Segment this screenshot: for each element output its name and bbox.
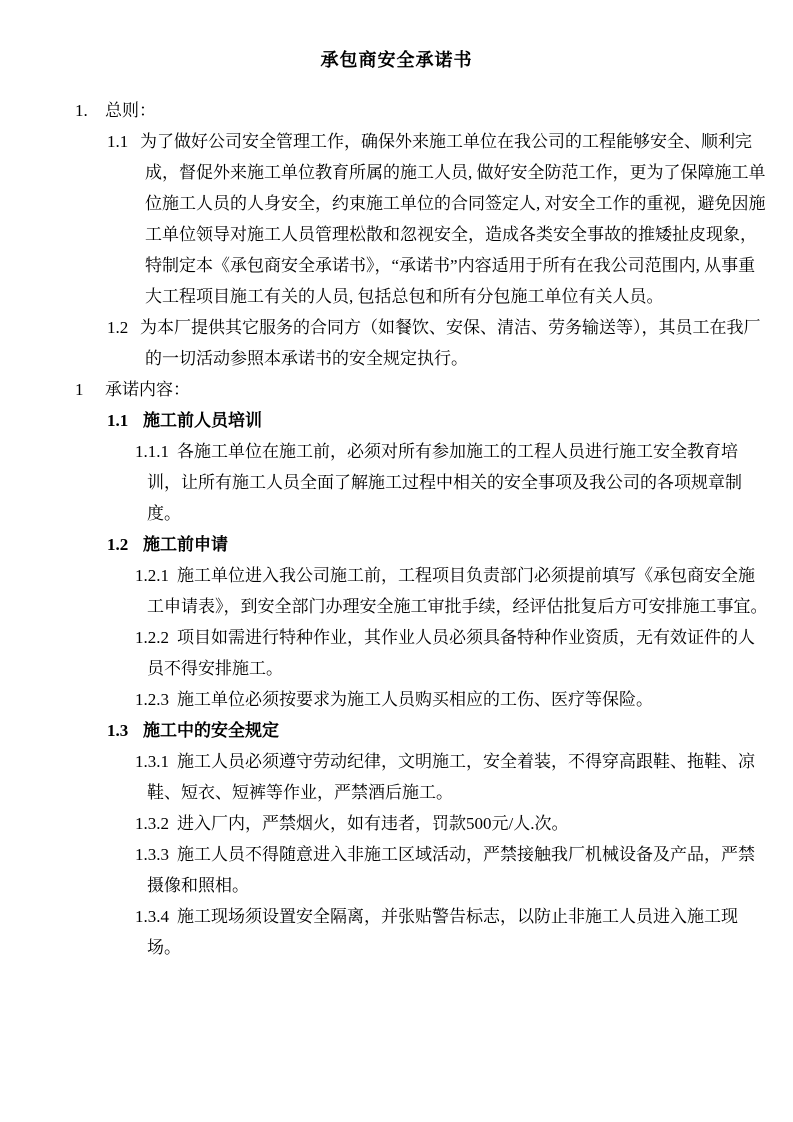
clause-1.1: 1.1施工前人员培训 <box>75 405 770 436</box>
clause-number: 1.3 <box>107 715 143 746</box>
document-title: 承包商安全承诺书 <box>0 48 793 73</box>
clause-1.3.2: 1.3.2进入厂内，严禁烟火，如有违者，罚款500元/人.次。 <box>75 808 770 839</box>
clause-1.1.1: 1.1.1各施工单位在施工前，必须对所有参加施工的工程人员进行施工安全教育培训，… <box>75 436 770 529</box>
clause-text: 承诺内容： <box>105 380 190 399</box>
clause-1.3.3: 1.3.3施工人员不得随意进入非施工区域活动，严禁接触我厂机械设备及产品，严禁摄… <box>75 839 770 901</box>
clause-number: 1.3.2 <box>135 808 177 839</box>
clause-text: 施工人员必须遵守劳动纪律，文明施工，安全着装，不得穿高跟鞋、拖鞋、凉鞋、短衣、短… <box>147 752 755 802</box>
clause-text: 总则： <box>105 101 156 120</box>
clause-1.2.2: 1.2.2项目如需进行特种作业，其作业人员必须具备特种作业资质，无有效证件的人员… <box>75 622 770 684</box>
clause-text: 施工单位进入我公司施工前，工程项目负责部门必须提前填写《承包商安全施工申请表》，… <box>147 566 768 616</box>
clause-1.2: 1.2为本厂提供其它服务的合同方（如餐饮、安保、清洁、劳务输送等），其员工在我厂… <box>75 312 770 374</box>
clause-text: 施工人员不得随意进入非施工区域活动，严禁接触我厂机械设备及产品，严禁摄像和照相。 <box>147 845 755 895</box>
clause-number: 1.3.3 <box>135 839 177 870</box>
clause-1.3: 1.3施工中的安全规定 <box>75 715 770 746</box>
clause-number: 1.2.2 <box>135 622 177 653</box>
clause-text: 各施工单位在施工前，必须对所有参加施工的工程人员进行施工安全教育培训，让所有施工… <box>147 442 742 523</box>
clause-1.1: 1.1为了做好公司安全管理工作，确保外来施工单位在我公司的工程能够安全、顺利完成… <box>75 126 770 312</box>
clause-1.2.3: 1.2.3施工单位必须按要求为施工人员购买相应的工伤、医疗等保险。 <box>75 684 770 715</box>
clause-number: 1.2.3 <box>135 684 177 715</box>
clause-1.3.1: 1.3.1施工人员必须遵守劳动纪律，文明施工，安全着装，不得穿高跟鞋、拖鞋、凉鞋… <box>75 746 770 808</box>
clause-number: 1.1.1 <box>135 436 177 467</box>
clause-number: 1.3.1 <box>135 746 177 777</box>
clause-number: 1.1 <box>107 405 143 436</box>
clause-text: 项目如需进行特种作业，其作业人员必须具备特种作业资质，无有效证件的人员不得安排施… <box>147 628 755 678</box>
document-body: 1.总则：1.1为了做好公司安全管理工作，确保外来施工单位在我公司的工程能够安全… <box>75 95 770 963</box>
clause-1: 1.总则： <box>75 95 770 126</box>
clause-number: 1.2 <box>107 312 140 343</box>
clause-text: 施工单位必须按要求为施工人员购买相应的工伤、医疗等保险。 <box>177 690 653 709</box>
clause-1.3.4: 1.3.4施工现场须设置安全隔离，并张贴警告标志，以防止非施工人员进入施工现场。 <box>75 901 770 963</box>
clause-text: 施工前申请 <box>143 535 228 554</box>
clause-text: 进入厂内，严禁烟火，如有违者，罚款500元/人.次。 <box>177 814 568 833</box>
clause-1.2.1: 1.2.1施工单位进入我公司施工前，工程项目负责部门必须提前填写《承包商安全施工… <box>75 560 770 622</box>
clause-text: 施工前人员培训 <box>143 411 262 430</box>
clause-number: 1 <box>75 374 105 405</box>
clause-number: 1.3.4 <box>135 901 177 932</box>
clause-number: 1.2.1 <box>135 560 177 591</box>
clause-1: 1承诺内容： <box>75 374 770 405</box>
clause-text: 施工现场须设置安全隔离，并张贴警告标志，以防止非施工人员进入施工现场。 <box>147 907 738 957</box>
clause-number: 1.1 <box>107 126 140 157</box>
clause-number: 1. <box>75 95 105 126</box>
clause-number: 1.2 <box>107 529 143 560</box>
clause-1.2: 1.2施工前申请 <box>75 529 770 560</box>
clause-text: 为了做好公司安全管理工作，确保外来施工单位在我公司的工程能够安全、顺利完成，督促… <box>140 132 766 306</box>
document-page: 承包商安全承诺书 1.总则：1.1为了做好公司安全管理工作，确保外来施工单位在我… <box>0 0 793 1122</box>
clause-text: 施工中的安全规定 <box>143 721 279 740</box>
clause-text: 为本厂提供其它服务的合同方（如餐饮、安保、清洁、劳务输送等），其员工在我厂的一切… <box>140 318 761 368</box>
